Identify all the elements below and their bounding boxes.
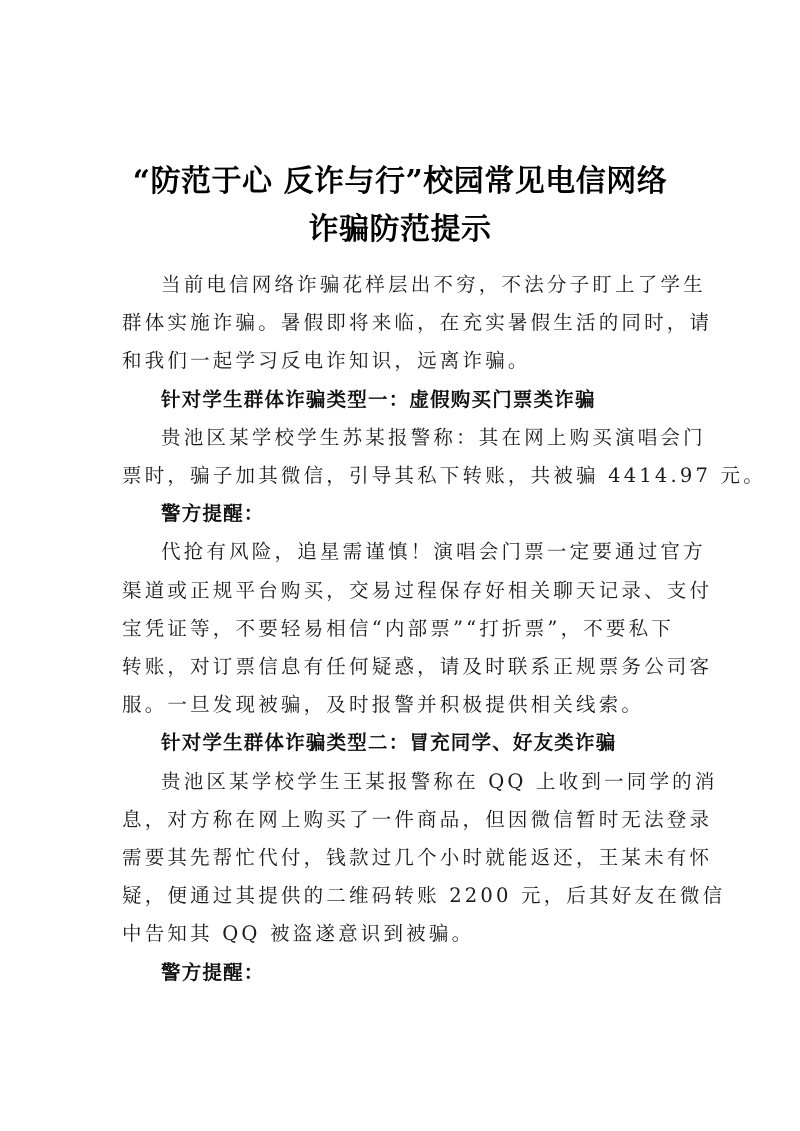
title-line-2: 诈骗防范提示 — [100, 206, 700, 254]
document-body: 当前电信网络诈骗花样层出不穷，不法分子盯上了学生 群体实施诈骗。暑假即将来临，在… — [122, 266, 682, 992]
case-line: 中告知其 QQ 被盗遂意识到被骗。 — [122, 915, 682, 953]
section-1-heading: 针对学生群体诈骗类型一：虚假购买门票类诈骗 — [122, 381, 682, 419]
intro-line: 和我们一起学习反电诈知识，远离诈骗。 — [122, 342, 682, 380]
section-2-case: 贵池区某学校学生王某报警称在 QQ 上收到一同学的消 息，对方称在网上购买了一件… — [122, 763, 682, 954]
intro-paragraph: 当前电信网络诈骗花样层出不穷，不法分子盯上了学生 群体实施诈骗。暑假即将来临，在… — [122, 266, 682, 381]
case-line: 贵池区某学校学生苏某报警称：其在网上购买演唱会门 — [122, 419, 682, 457]
case-line: 贵池区某学校学生王某报警称在 QQ 上收到一同学的消 — [122, 763, 682, 801]
warning-line: 宝凭证等，不要轻易相信“内部票”“打折票”，不要私下 — [122, 610, 682, 648]
section-1-warning: 代抢有风险，追星需谨慎！演唱会门票一定要通过官方 渠道或正规平台购买，交易过程保… — [122, 533, 682, 724]
case-line: 息，对方称在网上购买了一件商品，但因微信暂时无法登录 — [122, 801, 682, 839]
document-page: “防范于心 反诈与行”校园常见电信网络 诈骗防范提示 当前电信网络诈骗花样层出不… — [0, 0, 800, 1131]
case-line: 需要其先帮忙代付，钱款过几个小时就能返还，王某未有怀 — [122, 839, 682, 877]
warning-line: 代抢有风险，追星需谨慎！演唱会门票一定要通过官方 — [122, 533, 682, 571]
section-2-warning-label: 警方提醒： — [122, 954, 682, 992]
warning-line: 渠道或正规平台购买，交易过程保存好相关聊天记录、支付 — [122, 572, 682, 610]
section-1-case: 贵池区某学校学生苏某报警称：其在网上购买演唱会门 票时，骗子加其微信，引导其私下… — [122, 419, 682, 495]
section-1-warning-label: 警方提醒： — [122, 495, 682, 533]
title-line-1: “防范于心 反诈与行”校园常见电信网络 — [100, 158, 700, 206]
case-line: 疑，便通过其提供的二维码转账 2200 元，后其好友在微信 — [122, 877, 682, 915]
document-title: “防范于心 反诈与行”校园常见电信网络 诈骗防范提示 — [100, 158, 700, 254]
warning-line: 服。一旦发现被骗，及时报警并积极提供相关线索。 — [122, 686, 682, 724]
section-2-heading: 针对学生群体诈骗类型二：冒充同学、好友类诈骗 — [122, 724, 682, 762]
case-line: 票时，骗子加其微信，引导其私下转账，共被骗 4414.97 元。 — [122, 457, 682, 495]
intro-line: 群体实施诈骗。暑假即将来临，在充实暑假生活的同时，请 — [122, 304, 682, 342]
warning-line: 转账，对订票信息有任何疑惑，请及时联系正规票务公司客 — [122, 648, 682, 686]
intro-line: 当前电信网络诈骗花样层出不穷，不法分子盯上了学生 — [122, 266, 682, 304]
